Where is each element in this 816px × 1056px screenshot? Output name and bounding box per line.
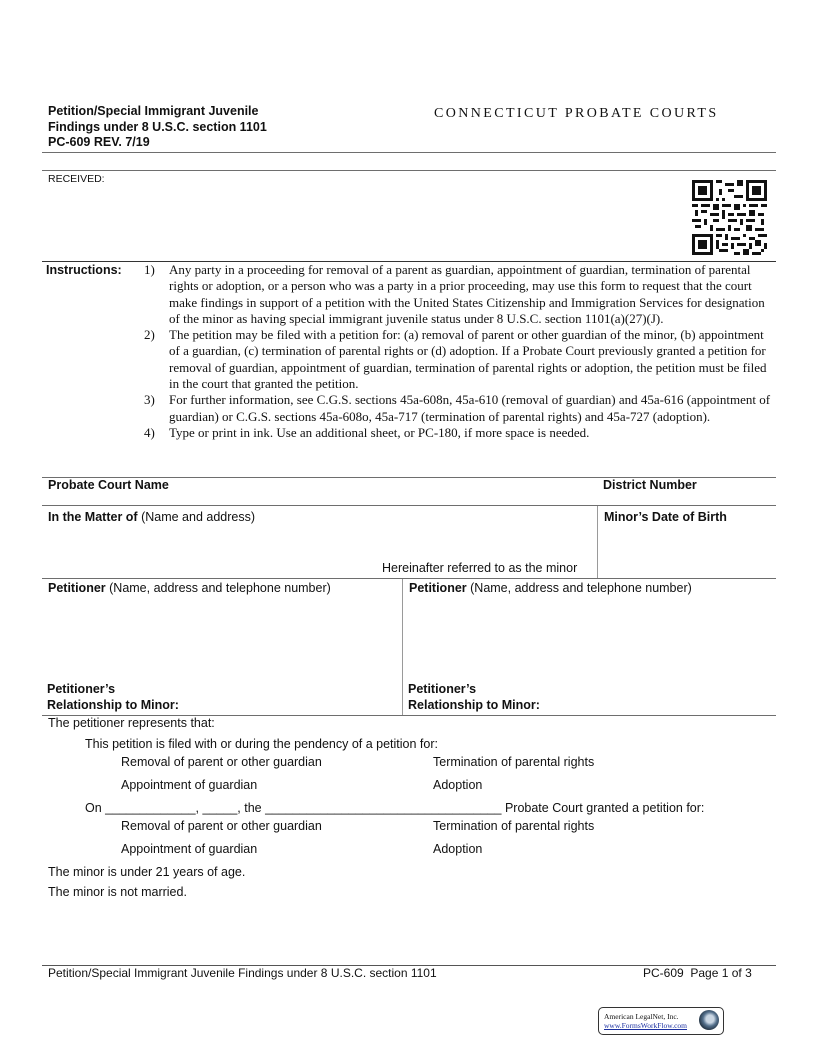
american-legalnet-badge[interactable]: American LegalNet, Inc. www.FormsWorkFlo… — [598, 1007, 724, 1035]
minor-not-married: The minor is not married. — [48, 885, 187, 899]
instructions-label: Instructions: — [46, 263, 122, 277]
instruction-text: For further information, see C.G.S. sect… — [169, 392, 772, 425]
instruction-text: Any party in a proceeding for removal of… — [169, 262, 772, 327]
in-the-matter-of-label: In the Matter of — [48, 510, 138, 524]
instruction-number: 4) — [140, 425, 169, 441]
court-name-header: CONNECTICUT PROBATE COURTS — [434, 106, 719, 122]
pendency-option-appointment[interactable]: Appointment of guardian — [121, 778, 257, 792]
relationship-1-label-line1: Petitioner’s — [47, 682, 115, 696]
instruction-item: 4) Type or print in ink. Use an addition… — [140, 425, 772, 441]
instruction-text: Type or print in ink. Use an additional … — [169, 425, 772, 441]
divider — [402, 579, 403, 715]
granted-option-appointment[interactable]: Appointment of guardian — [121, 842, 257, 856]
received-label: RECEIVED: — [48, 173, 105, 185]
petitioner-1-label: Petitioner — [48, 581, 106, 595]
granted-court-blank[interactable]: __________________________________ — [265, 801, 501, 815]
granted-option-termination[interactable]: Termination of parental rights — [433, 819, 594, 833]
in-the-matter-of-note: (Name and address) — [138, 510, 255, 524]
divider — [42, 152, 776, 153]
globe-icon — [699, 1010, 719, 1030]
divider — [42, 578, 776, 579]
form-title-line2: Findings under 8 U.S.C. section 1101 — [48, 120, 267, 136]
badge-website-link[interactable]: www.FormsWorkFlow.com — [604, 1021, 687, 1030]
granted-line: On _____________, _____, the ___________… — [85, 801, 704, 815]
petitioner-1-field[interactable]: Petitioner (Name, address and telephone … — [48, 581, 398, 673]
hereinafter-text: Hereinafter referred to as the minor — [382, 561, 577, 575]
probate-court-name-field[interactable]: Probate Court Name — [48, 478, 169, 492]
petitioner-2-label: Petitioner — [409, 581, 467, 595]
petitioner-2-field[interactable]: Petitioner (Name, address and telephone … — [409, 581, 774, 673]
instruction-item: 2) The petition may be filed with a peti… — [140, 327, 772, 392]
granted-option-removal[interactable]: Removal of parent or other guardian — [121, 819, 322, 833]
qr-code-icon — [692, 180, 767, 255]
divider — [42, 170, 776, 171]
instruction-item: 3) For further information, see C.G.S. s… — [140, 392, 772, 425]
relationship-2-field[interactable]: Petitioner’s Relationship to Minor: — [408, 682, 768, 713]
instruction-text: The petition may be filed with a petitio… — [169, 327, 772, 392]
minor-dob-field[interactable]: Minor’s Date of Birth — [604, 510, 774, 576]
instruction-number: 1) — [140, 262, 169, 327]
pendency-option-adoption[interactable]: Adoption — [433, 778, 482, 792]
instruction-number: 2) — [140, 327, 169, 392]
form-title-block: Petition/Special Immigrant Juvenile Find… — [48, 104, 267, 151]
minor-dob-label: Minor’s Date of Birth — [604, 510, 727, 524]
minor-under-21: The minor is under 21 years of age. — [48, 865, 245, 879]
relationship-2-label-line1: Petitioner’s — [408, 682, 476, 696]
granted-on-text: On — [85, 801, 102, 815]
badge-company-name: American LegalNet, Inc. — [604, 1012, 679, 1021]
pendency-option-termination[interactable]: Termination of parental rights — [433, 755, 594, 769]
relationship-2-label-line2: Relationship to Minor: — [408, 698, 540, 712]
form-title-line1: Petition/Special Immigrant Juvenile — [48, 104, 267, 120]
instructions-list: 1) Any party in a proceeding for removal… — [140, 262, 772, 441]
divider — [597, 506, 598, 578]
district-number-label: District Number — [603, 478, 697, 492]
granted-comma: , — [196, 801, 199, 815]
granted-tail-text: Probate Court granted a petition for: — [505, 801, 704, 815]
granted-year-blank[interactable]: _____ — [203, 801, 238, 815]
relationship-1-label-line2: Relationship to Minor: — [47, 698, 179, 712]
represents-intro: The petitioner represents that: — [48, 716, 215, 730]
instruction-item: 1) Any party in a proceeding for removal… — [140, 262, 772, 327]
divider — [42, 505, 776, 506]
probate-court-name-label: Probate Court Name — [48, 478, 169, 492]
granted-the-text: , the — [237, 801, 261, 815]
footer-form-title: Petition/Special Immigrant Juvenile Find… — [48, 966, 437, 980]
granted-option-adoption[interactable]: Adoption — [433, 842, 482, 856]
district-number-field[interactable]: District Number — [603, 478, 697, 492]
pendency-option-removal[interactable]: Removal of parent or other guardian — [121, 755, 322, 769]
form-code: PC-609 REV. 7/19 — [48, 135, 267, 151]
footer-page-number: PC-609 Page 1 of 3 — [643, 966, 752, 980]
petitioner-2-note: (Name, address and telephone number) — [467, 581, 692, 595]
instruction-number: 3) — [140, 392, 169, 425]
pendency-intro: This petition is filed with or during th… — [85, 737, 438, 751]
granted-date-blank[interactable]: _____________ — [105, 801, 195, 815]
relationship-1-field[interactable]: Petitioner’s Relationship to Minor: — [47, 682, 397, 713]
petitioner-1-note: (Name, address and telephone number) — [106, 581, 331, 595]
